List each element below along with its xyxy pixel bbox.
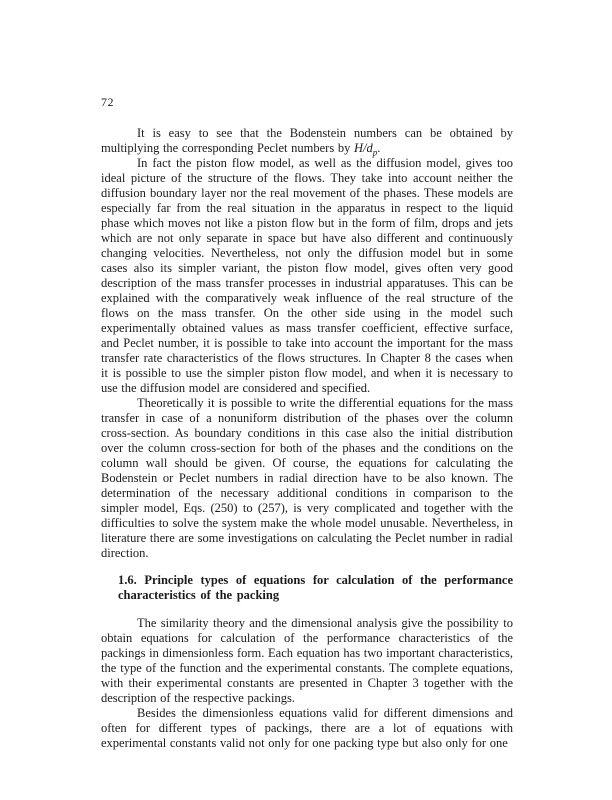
page-number: 72 [101,96,513,108]
section-heading-1-6: 1.6. Principle types of equations for ca… [101,573,513,603]
paragraph-dimensionless-equations: Besides the dimensionless equations vali… [101,706,513,751]
paragraph-differential-equations: Theoretically it is possible to write th… [101,396,513,561]
paragraph-piston-flow-model: In fact the piston flow model, as well a… [101,156,513,396]
paragraph-similarity-theory: The similarity theory and the dimensiona… [101,616,513,706]
inline-formula-H-over-d: H/d [354,141,373,155]
paragraph-end-punctuation: . [377,141,380,155]
document-page: 72 It is easy to see that the Bodenstein… [0,0,612,800]
paragraph-text: It is easy to see that the Bodenstein nu… [101,126,513,155]
paragraph-bodenstein: It is easy to see that the Bodenstein nu… [101,126,513,156]
text-block: 72 It is easy to see that the Bodenstein… [101,96,513,751]
